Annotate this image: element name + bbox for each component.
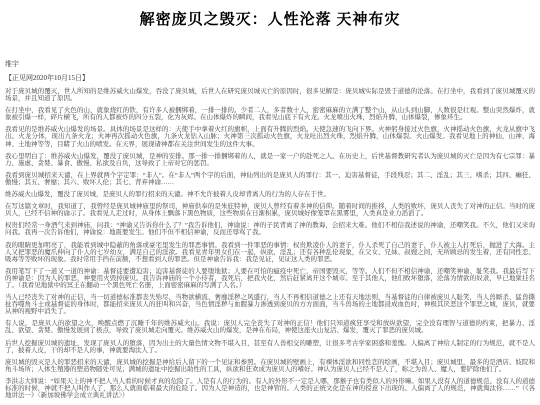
paragraph: 庞贝城的毁灭是人的罪恶招来的天谴，庞贝城的挖掘是神给后人留下的一个见证和参照。在…	[5, 359, 535, 373]
paragraph: 后世人挖掘庞贝城的遗址，发现了庞贝人的堕落，因为出土的大量色情文物不堪入目，甚至…	[5, 340, 535, 354]
article-page: 解密庞贝之毁灭：人性沦落 天神布灾 维宇 【正见网2020年10月15日】 对于…	[0, 0, 540, 405]
paragraph: 我用笔写下了一道又一道的神谕：基督徒要遭迫害；迫害基督徒的人要堕地狱；人要在可怕…	[5, 268, 535, 289]
paragraph: 我的眼睛更加明亮了，我能看到城中隐蔽的角落或豪宅里发生的罪恶事情。我看到一件罪恶…	[5, 242, 535, 263]
paragraph: 在写这篇文章时，我知道了，我曾经是庞贝城神庙里的祭司，神庙供奉的是朱庇特神，庞贝…	[5, 203, 535, 217]
article-body: 对于庞贝城的覆灭，世人所知的是维苏威火山爆发，吞没了庞贝城，后世人在研究庞贝城灭…	[5, 88, 535, 399]
author-name: 维宇	[5, 60, 535, 68]
paragraph: 李洪志大师说：“如果天上的神不把人当人看的时候才真的危险了。人是有人的行为的。有…	[5, 378, 535, 399]
paragraph: 维苏威火山爆发，覆没了庞贝城，是庞贝人的罪行招来的天谴。神不允许披着人皮却背离人…	[5, 191, 535, 198]
paragraph: 我心里明白了：维苏威火山爆发，覆没了庞贝城，是神的安排。那一排一排捆绑着的人，就…	[5, 153, 535, 167]
paragraph: 权贵们经常一身酒气来到神庙，问我：“神谕又告诉你什么了？”我告诉他们，神谕说：神…	[5, 222, 535, 236]
article-title: 解密庞贝之毁灭：人性沦落 天神布灾	[5, 0, 535, 29]
paragraph: 在打坐中，我看见了火色的山，就象烧红的铁，有许多人被捆绑着，一排一排的。少者二人…	[5, 107, 535, 121]
paragraph: 当人已经丧失了对神的正信，当一切道德标准都丧失殆尽，当物欲横流、奢靡淫秽之风盛行…	[5, 294, 535, 315]
paragraph: 我看到庞贝城招来天谴，在上界就两个字定罪：“非人”。在“非人”两个字的后面，神仙…	[5, 172, 535, 186]
paragraph: 有人说，是庞贝人的欲望之火，唤醒点燃了沉睡千年的维苏威火山。我说：庞贝人完全丧失…	[5, 320, 535, 334]
dateline: 【正见网2020年10月15日】	[5, 74, 535, 82]
paragraph: 对于庞贝城的覆灭，世人所知的是维苏威火山爆发，吞没了庞贝城，后世人在研究庞贝城灭…	[5, 88, 535, 102]
paragraph: 我看见的是维苏威火山爆发的场景。具体的场景是这样的：天使手中拿着火红的旗帜，上面…	[5, 126, 535, 147]
